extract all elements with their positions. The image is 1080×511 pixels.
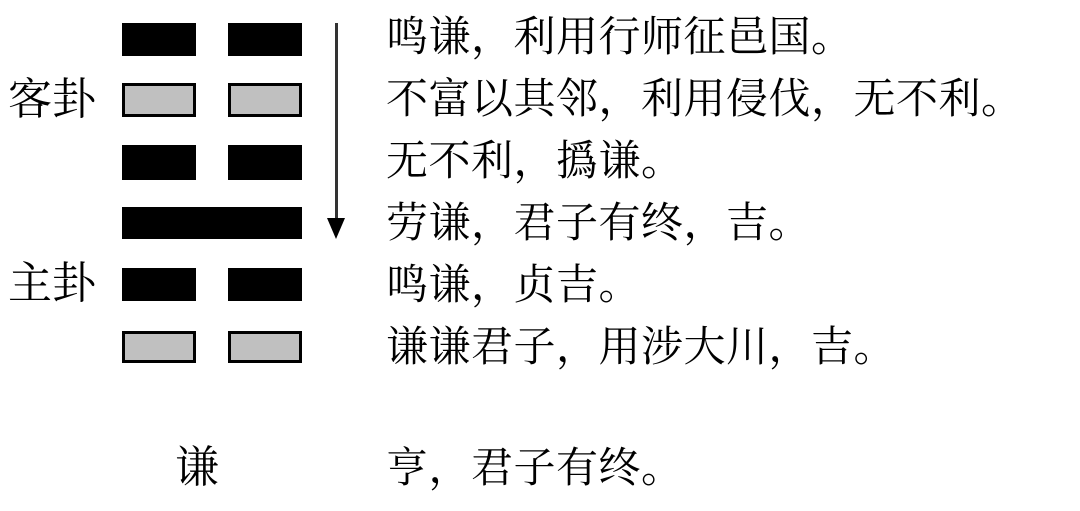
broken-line-left-segment bbox=[122, 145, 196, 180]
line-text-1: 谦谦君子，用涉大川，吉。 bbox=[386, 323, 896, 371]
broken-line-right-segment bbox=[228, 331, 302, 363]
broken-line-right-segment bbox=[228, 268, 302, 301]
upper-trigram-label: 客卦 bbox=[8, 76, 96, 124]
line-text-5: 不富以其邻，利用侵伐，无不利。 bbox=[386, 75, 1024, 123]
broken-line-left-segment bbox=[122, 83, 196, 117]
line-text-2: 鸣谦，贞吉。 bbox=[386, 261, 641, 309]
broken-line-right-segment bbox=[228, 145, 302, 180]
line-text-4: 无不利，撝谦。 bbox=[386, 137, 684, 185]
solid-line bbox=[122, 207, 302, 239]
broken-line-left-segment bbox=[122, 23, 196, 56]
hexagram-judgment: 亨，君子有终。 bbox=[386, 444, 684, 492]
hexagram-name: 谦 bbox=[175, 444, 219, 492]
arrow-shaft bbox=[335, 23, 338, 223]
lower-trigram-label: 主卦 bbox=[8, 260, 96, 308]
line-text-3: 劳谦，君子有终，吉。 bbox=[386, 199, 811, 247]
arrow-head bbox=[327, 218, 345, 239]
broken-line-right-segment bbox=[228, 23, 302, 56]
broken-line-right-segment bbox=[228, 83, 302, 117]
broken-line-left-segment bbox=[122, 268, 196, 301]
broken-line-left-segment bbox=[122, 331, 196, 363]
line-text-6: 鸣谦，利用行师征邑国。 bbox=[386, 13, 854, 61]
